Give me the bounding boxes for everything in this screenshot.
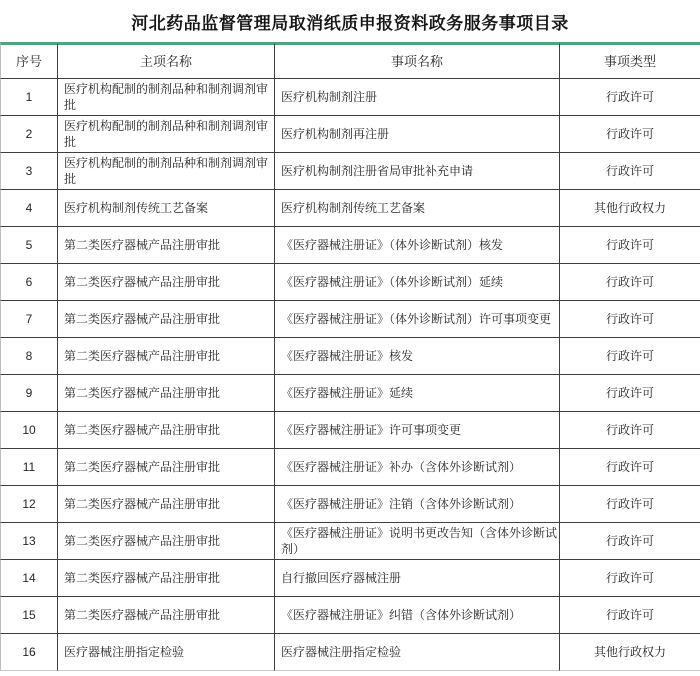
table-row: 6 第二类医疗器械产品注册审批 《医疗器械注册证》（体外诊断试剂）延续 行政许可 [0, 264, 700, 301]
table-row: 3 医疗机构配制的制剂品种和制剂调剂审批 医疗机构制剂注册省局审批补充申请 行政… [0, 153, 700, 190]
row-number-cell: 4 [0, 190, 58, 227]
item-name-cell: 《医疗器械注册证》（体外诊断试剂）许可事项变更 [275, 301, 560, 338]
table-row: 10 第二类医疗器械产品注册审批 《医疗器械注册证》许可事项变更 行政许可 [0, 412, 700, 449]
item-type-cell: 行政许可 [560, 375, 700, 412]
item-name-cell: 医疗机构制剂注册省局审批补充申请 [275, 153, 560, 190]
item-type-cell: 行政许可 [560, 523, 700, 560]
row-number-cell: 10 [0, 412, 58, 449]
row-number-cell: 3 [0, 153, 58, 190]
item-type-cell: 行政许可 [560, 301, 700, 338]
item-name-cell: 医疗器械注册指定检验 [275, 634, 560, 671]
header-main-item-name: 主项名称 [58, 42, 275, 79]
row-number-cell: 16 [0, 634, 58, 671]
item-type-cell: 行政许可 [560, 116, 700, 153]
header-item-name: 事项名称 [275, 42, 560, 79]
item-type-cell: 行政许可 [560, 227, 700, 264]
main-item-cell: 第二类医疗器械产品注册审批 [58, 227, 275, 264]
item-name-cell: 《医疗器械注册证》补办（含体外诊断试剂） [275, 449, 560, 486]
title-bar: 河北药品监督管理局取消纸质申报资料政务服务事项目录 [0, 0, 700, 42]
item-name-cell: 《医疗器械注册证》（体外诊断试剂）核发 [275, 227, 560, 264]
row-number-cell: 1 [0, 79, 58, 116]
row-number-cell: 6 [0, 264, 58, 301]
table-row: 2 医疗机构配制的制剂品种和制剂调剂审批 医疗机构制剂再注册 行政许可 [0, 116, 700, 153]
row-number-cell: 13 [0, 523, 58, 560]
table-body: 1 医疗机构配制的制剂品种和制剂调剂审批 医疗机构制剂注册 行政许可 2 医疗机… [0, 79, 700, 671]
table-row: 1 医疗机构配制的制剂品种和制剂调剂审批 医疗机构制剂注册 行政许可 [0, 79, 700, 116]
item-type-cell: 行政许可 [560, 449, 700, 486]
main-item-cell: 医疗机构配制的制剂品种和制剂调剂审批 [58, 79, 275, 116]
table-row: 15 第二类医疗器械产品注册审批 《医疗器械注册证》纠错（含体外诊断试剂） 行政… [0, 597, 700, 634]
row-number-cell: 5 [0, 227, 58, 264]
table-row: 8 第二类医疗器械产品注册审批 《医疗器械注册证》核发 行政许可 [0, 338, 700, 375]
item-name-cell: 《医疗器械注册证》延续 [275, 375, 560, 412]
item-name-cell: 医疗机构制剂再注册 [275, 116, 560, 153]
main-item-cell: 第二类医疗器械产品注册审批 [58, 338, 275, 375]
item-type-cell: 行政许可 [560, 338, 700, 375]
item-type-cell: 其他行政权力 [560, 190, 700, 227]
item-type-cell: 其他行政权力 [560, 634, 700, 671]
row-number-cell: 7 [0, 301, 58, 338]
main-item-cell: 第二类医疗器械产品注册审批 [58, 375, 275, 412]
item-name-cell: 《医疗器械注册证》核发 [275, 338, 560, 375]
header-item-type: 事项类型 [560, 42, 700, 79]
row-number-cell: 11 [0, 449, 58, 486]
page-title: 河北药品监督管理局取消纸质申报资料政务服务事项目录 [131, 9, 569, 34]
table-row: 13 第二类医疗器械产品注册审批 《医疗器械注册证》说明书更改告知（含体外诊断试… [0, 523, 700, 560]
item-type-cell: 行政许可 [560, 560, 700, 597]
item-name-cell: 医疗机构制剂注册 [275, 79, 560, 116]
item-name-cell: 《医疗器械注册证》说明书更改告知（含体外诊断试剂） [275, 523, 560, 560]
table-row: 12 第二类医疗器械产品注册审批 《医疗器械注册证》注销（含体外诊断试剂） 行政… [0, 486, 700, 523]
item-name-cell: 《医疗器械注册证》（体外诊断试剂）延续 [275, 264, 560, 301]
table-row: 9 第二类医疗器械产品注册审批 《医疗器械注册证》延续 行政许可 [0, 375, 700, 412]
catalog-table: 序号 主项名称 事项名称 事项类型 1 医疗机构配制的制剂品种和制剂调剂审批 医… [0, 42, 700, 671]
main-item-cell: 医疗机构配制的制剂品种和制剂调剂审批 [58, 116, 275, 153]
row-number-cell: 15 [0, 597, 58, 634]
table-row: 5 第二类医疗器械产品注册审批 《医疗器械注册证》（体外诊断试剂）核发 行政许可 [0, 227, 700, 264]
item-name-cell: 自行撤回医疗器械注册 [275, 560, 560, 597]
catalog-page: 河北药品监督管理局取消纸质申报资料政务服务事项目录 序号 主项名称 事项名称 事… [0, 0, 700, 671]
main-item-cell: 医疗机构配制的制剂品种和制剂调剂审批 [58, 153, 275, 190]
row-number-cell: 8 [0, 338, 58, 375]
table-row: 4 医疗机构制剂传统工艺备案 医疗机构制剂传统工艺备案 其他行政权力 [0, 190, 700, 227]
main-item-cell: 第二类医疗器械产品注册审批 [58, 264, 275, 301]
table-row: 16 医疗器械注册指定检验 医疗器械注册指定检验 其他行政权力 [0, 634, 700, 671]
item-type-cell: 行政许可 [560, 153, 700, 190]
table-header: 序号 主项名称 事项名称 事项类型 [0, 42, 700, 79]
item-type-cell: 行政许可 [560, 412, 700, 449]
item-name-cell: 医疗机构制剂传统工艺备案 [275, 190, 560, 227]
row-number-cell: 2 [0, 116, 58, 153]
main-item-cell: 第二类医疗器械产品注册审批 [58, 523, 275, 560]
main-item-cell: 第二类医疗器械产品注册审批 [58, 597, 275, 634]
header-serial-number: 序号 [0, 42, 58, 79]
item-name-cell: 《医疗器械注册证》纠错（含体外诊断试剂） [275, 597, 560, 634]
item-name-cell: 《医疗器械注册证》注销（含体外诊断试剂） [275, 486, 560, 523]
table-row: 11 第二类医疗器械产品注册审批 《医疗器械注册证》补办（含体外诊断试剂） 行政… [0, 449, 700, 486]
main-item-cell: 第二类医疗器械产品注册审批 [58, 412, 275, 449]
item-type-cell: 行政许可 [560, 264, 700, 301]
row-number-cell: 9 [0, 375, 58, 412]
item-name-cell: 《医疗器械注册证》许可事项变更 [275, 412, 560, 449]
item-type-cell: 行政许可 [560, 597, 700, 634]
main-item-cell: 第二类医疗器械产品注册审批 [58, 560, 275, 597]
item-type-cell: 行政许可 [560, 486, 700, 523]
header-row: 序号 主项名称 事项名称 事项类型 [0, 42, 700, 79]
row-number-cell: 14 [0, 560, 58, 597]
main-item-cell: 医疗器械注册指定检验 [58, 634, 275, 671]
main-item-cell: 医疗机构制剂传统工艺备案 [58, 190, 275, 227]
main-item-cell: 第二类医疗器械产品注册审批 [58, 449, 275, 486]
main-item-cell: 第二类医疗器械产品注册审批 [58, 486, 275, 523]
main-item-cell: 第二类医疗器械产品注册审批 [58, 301, 275, 338]
table-row: 14 第二类医疗器械产品注册审批 自行撤回医疗器械注册 行政许可 [0, 560, 700, 597]
item-type-cell: 行政许可 [560, 79, 700, 116]
row-number-cell: 12 [0, 486, 58, 523]
table-row: 7 第二类医疗器械产品注册审批 《医疗器械注册证》（体外诊断试剂）许可事项变更 … [0, 301, 700, 338]
